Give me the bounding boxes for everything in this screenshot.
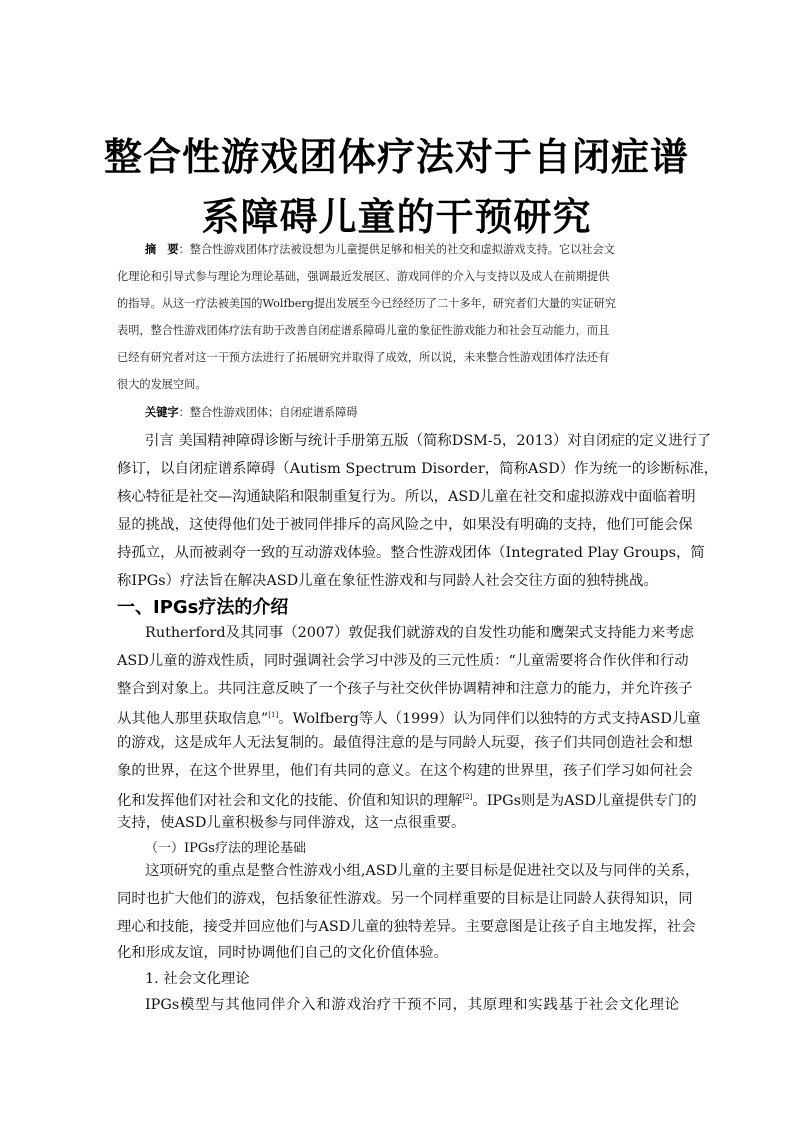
- body-line: 化和发挥他们对社会和文化的技能、价值和知识的理解[2]。IPGs则是为ASD儿童…: [117, 787, 679, 811]
- body-line: 支持，使ASD儿童积极参与同伴游戏，这一点很重要。: [117, 813, 679, 833]
- body-line: 这项研究的重点是整合性游戏小组,ASD儿童的主要目标是促进社交以及与同伴的关系，: [145, 861, 679, 881]
- citation-2[interactable]: [2]: [462, 793, 472, 801]
- keywords-value: ：整合性游戏团体；自闭症谱系障碍: [179, 406, 358, 419]
- abstract-line: 摘 要：整合性游戏团体疗法被设想为儿童提供足够和相关的社交和虚拟游戏支持。它以社…: [145, 236, 679, 263]
- intro-line: 持孤立，从而被剥夺一致的互动游戏体验。整合性游戏团体（Integrated Pl…: [117, 543, 679, 563]
- body-line: Rutherford及其同事（2007）敦促我们就游戏的自发性功能和鹰架式支持能…: [145, 623, 679, 643]
- section-heading: 一、IPGs疗法的介绍: [117, 593, 288, 619]
- paper-title-line-2: 系障碍儿童的干预研究: [0, 186, 793, 241]
- citation-1[interactable]: [1]: [268, 711, 278, 719]
- abstract-line: 已经有研究者对这一干预方法进行了拓展研究并取得了成效，所以说，未来整合性游戏团体…: [117, 344, 679, 371]
- abstract-line: 化理论和引导式参与理论为理论基础，强调最近发展区、游戏同伴的介入与支持以及成人在…: [117, 263, 679, 290]
- item-heading: 1. 社会文化理论: [145, 969, 679, 989]
- intro-line: 修订，以自闭症谱系障碍（Autism Spectrum Disorder，简称A…: [117, 459, 679, 479]
- abstract-line: 的指导。从这一疗法被美国的Wolfberg提出发展至今已经经历了二十多年，研究者…: [117, 290, 679, 317]
- body-line: 整合到对象上。共同注意反映了一个孩子与社交伙伴协调精神和注意力的能力，并允许孩子: [117, 679, 679, 699]
- body-line: 的游戏，这是成年人无法复制的。最值得注意的是与同龄人玩耍，孩子们共同创造社会和想: [117, 733, 679, 753]
- abstract-line: 很大的发展空间。: [117, 371, 679, 398]
- abstract-label: 摘 要: [145, 243, 179, 256]
- intro-line: 称IPGs）疗法旨在解决ASD儿童在象征性游戏和与同龄人社会交往方面的独特挑战。: [117, 571, 679, 591]
- subsection-heading: （一）IPGs疗法的理论基础: [145, 837, 306, 856]
- paper-title-line-1: 整合性游戏团体疗法对于自闭症谱: [0, 126, 793, 181]
- body-line: 化和形成友谊，同时协调他们自己的文化价值体验。: [117, 943, 679, 963]
- body-line: 同时也扩大他们的游戏，包括象征性游戏。另一个同样重要的目标是让同龄人获得知识，同: [117, 889, 679, 909]
- body-line: IPGs模型与其他同伴介入和游戏治疗干预不同，其原理和实践基于社会文化理论: [145, 995, 679, 1015]
- intro-line: 显的挑战，这使得他们处于被同伴排斥的高风险之中，如果没有明确的支持，他们可能会保: [117, 515, 679, 535]
- abstract-line: 表明，整合性游戏团体疗法有助于改善自闭症谱系障碍儿童的象征性游戏能力和社会互动能…: [117, 317, 679, 344]
- keywords-label: 关键字: [145, 406, 179, 419]
- body-line: ASD儿童的游戏性质，同时强调社会学习中涉及的三元性质：“儿童需要将合作伙伴和行…: [117, 651, 679, 671]
- intro-line: 核心特征是社交—沟通缺陷和限制重复行为。所以，ASD儿童在社交和虚拟游戏中面临着…: [117, 487, 679, 507]
- body-line: 理心和技能，接受并回应他们与ASD儿童的独特差异。主要意图是让孩子自主地发挥，社…: [117, 917, 679, 937]
- body-line: 象的世界，在这个世界里，他们有共同的意义。在这个构建的世界里，孩子们学习如何社会: [117, 761, 679, 781]
- keywords: 关键字：整合性游戏团体；自闭症谱系障碍: [145, 399, 707, 426]
- intro-line: 引言 美国精神障碍诊断与统计手册第五版（简称DSM-5，2013）对自闭症的定义…: [145, 431, 679, 451]
- document-page: 整合性游戏团体疗法对于自闭症谱 系障碍儿童的干预研究 摘 要：整合性游戏团体疗法…: [0, 0, 793, 1122]
- body-line: 从其他人那里获取信息”[1]。Wolfberg等人（1999）认为同伴们以独特的…: [117, 705, 679, 729]
